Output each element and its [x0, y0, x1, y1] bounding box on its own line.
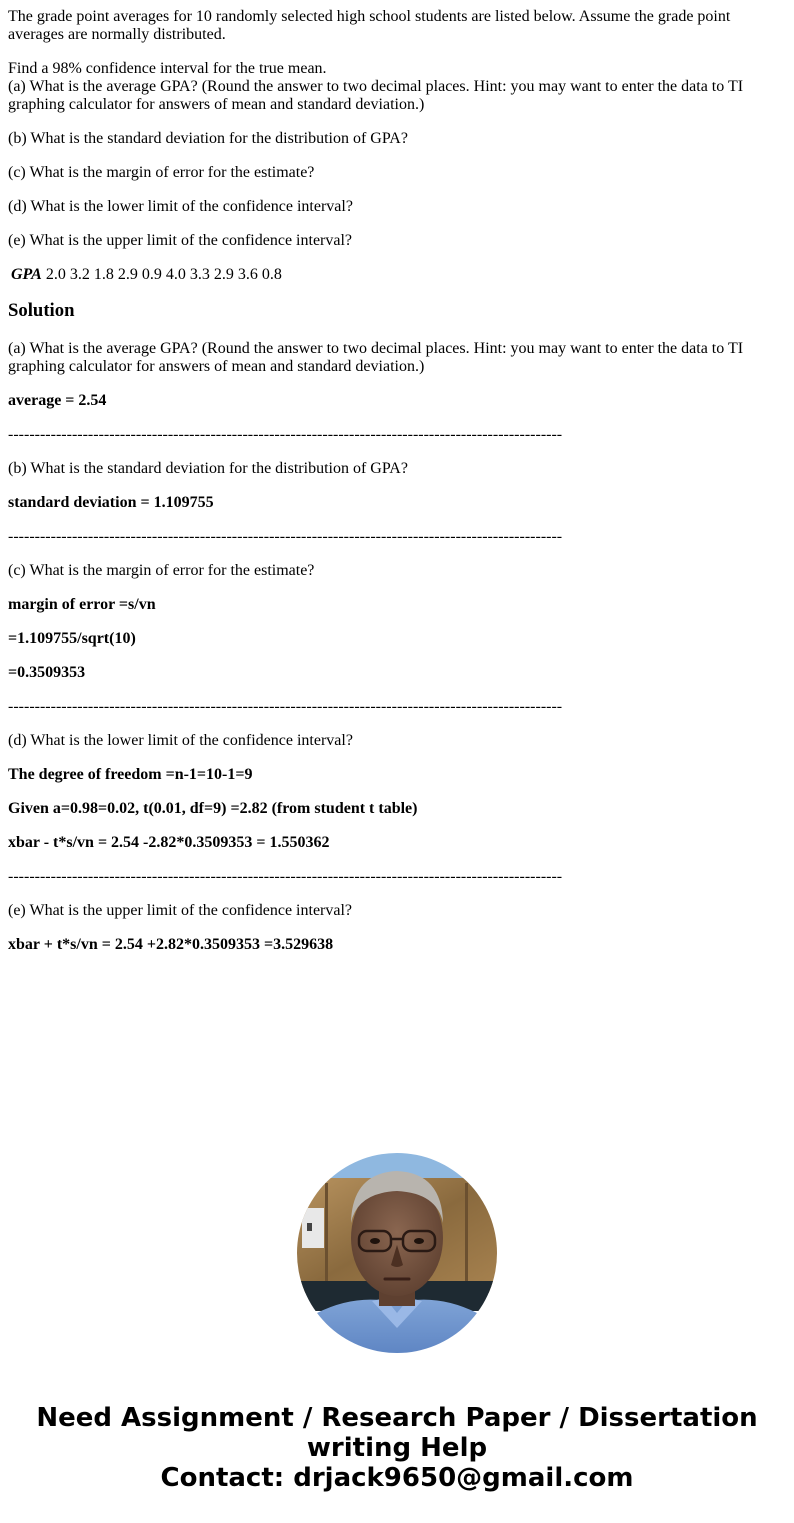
- question-part-c: (c) What is the margin of error for the …: [8, 164, 786, 182]
- divider: ----------------------------------------…: [8, 698, 568, 716]
- question-intro: The grade point averages for 10 randomly…: [8, 8, 786, 44]
- author-avatar: [297, 1153, 497, 1353]
- solution-c-line: =0.3509353: [8, 664, 786, 682]
- question-part-b: (b) What is the standard deviation for t…: [8, 130, 786, 148]
- promo-line-1: Need Assignment / Research Paper / Disse…: [0, 1403, 794, 1433]
- question-part-e: (e) What is the upper limit of the confi…: [8, 232, 786, 250]
- gpa-label: GPA: [11, 266, 42, 283]
- solution-b-answer: standard deviation = 1.109755: [8, 494, 786, 512]
- solution-c-line: =1.109755/sqrt(10): [8, 630, 786, 648]
- solution-d-line: Given a=0.98=0.02, t(0.01, df=9) =2.82 (…: [8, 800, 786, 818]
- solution-b-question: (b) What is the standard deviation for t…: [8, 460, 786, 478]
- solution-e-line: xbar + t*s/vn = 2.54 +2.82*0.3509353 =3.…: [8, 936, 786, 954]
- question-part-d: (d) What is the lower limit of the confi…: [8, 198, 786, 216]
- promo-banner: Need Assignment / Research Paper / Disse…: [0, 1403, 794, 1493]
- solution-e-question: (e) What is the upper limit of the confi…: [8, 902, 786, 920]
- solution-c-question: (c) What is the margin of error for the …: [8, 562, 786, 580]
- divider: ----------------------------------------…: [8, 528, 568, 546]
- question-part-a: (a) What is the average GPA? (Round the …: [8, 78, 786, 114]
- solution-d-line: The degree of freedom =n-1=10-1=9: [8, 766, 786, 784]
- gpa-data-row: GPA 2.0 3.2 1.8 2.9 0.9 4.0 3.3 2.9 3.6 …: [8, 266, 786, 284]
- solution-a-answer: average = 2.54: [8, 392, 786, 410]
- question-task: Find a 98% confidence interval for the t…: [8, 60, 786, 78]
- gpa-values: 2.0 3.2 1.8 2.9 0.9 4.0 3.3 2.9 3.6 0.8: [46, 266, 282, 283]
- divider: ----------------------------------------…: [8, 868, 568, 886]
- divider: ----------------------------------------…: [8, 426, 568, 444]
- solution-d-question: (d) What is the lower limit of the confi…: [8, 732, 786, 750]
- document-body: The grade point averages for 10 randomly…: [0, 0, 794, 954]
- solution-d-line: xbar - t*s/vn = 2.54 -2.82*0.3509353 = 1…: [8, 834, 786, 852]
- promo-contact: Contact: drjack9650@gmail.com: [0, 1463, 794, 1493]
- solution-a-question: (a) What is the average GPA? (Round the …: [8, 340, 786, 376]
- solution-heading: Solution: [8, 300, 786, 322]
- promo-line-2: writing Help: [0, 1433, 794, 1463]
- author-photo-icon: [297, 1153, 497, 1353]
- solution-c-line: margin of error =s/vn: [8, 596, 786, 614]
